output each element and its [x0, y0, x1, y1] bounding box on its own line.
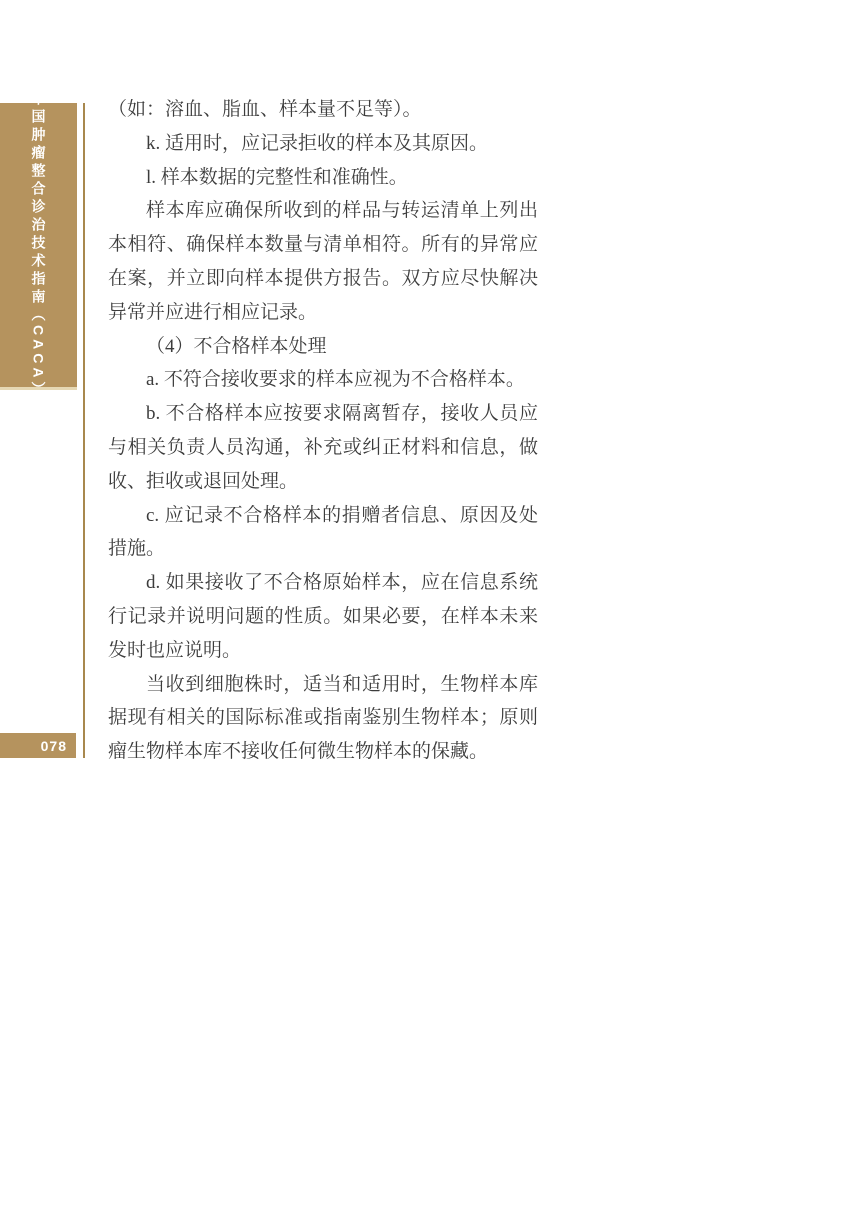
text-line: 收、拒收或退回处理。: [108, 465, 538, 499]
text-line: （如：溶血、脂血、样本量不足等）。: [108, 93, 538, 127]
text-line: 异常并应进行相应记录。: [108, 296, 538, 330]
text-line: a. 不符合接收要求的样本应视为不合格样本。: [108, 363, 538, 397]
book-title-tab: 中国肿瘤整合诊治技术指南（CACA）: [0, 103, 77, 390]
text-line: 行记录并说明问题的性质。如果必要，在样本未来的分: [108, 600, 538, 634]
text-line: 发时也应说明。: [108, 634, 538, 668]
text-line: 瘤生物样本库不接收任何微生物样本的保藏。: [108, 735, 538, 769]
text-line: l. 样本数据的完整性和准确性。: [108, 161, 538, 195]
text-line: 在案，并立即向样本提供方报告。双方应尽快解决这些: [108, 262, 538, 296]
text-line: 据现有相关的国际标准或指南鉴别生物样本；原则上肿: [108, 701, 538, 735]
text-line: c. 应记录不合格样本的捐赠者信息、原因及处理: [108, 499, 538, 533]
text-line: 措施。: [108, 532, 538, 566]
text-line: b. 不合格样本应按要求隔离暂存，接收人员应及时: [108, 397, 538, 431]
book-title-vertical-text: 中国肿瘤整合诊治技术指南（CACA）: [32, 91, 46, 399]
text-line: d. 如果接收了不合格原始样本，应在信息系统中进: [108, 566, 538, 600]
text-line: 当收到细胞株时，适当和适用时，生物样本库应依: [108, 668, 538, 702]
text-line: （4）不合格样本处理: [108, 330, 538, 364]
text-line: k. 适用时，应记录拒收的样本及其原因。: [108, 127, 538, 161]
text-line: 本相符、确保样本数量与清单相符。所有的异常应记录: [108, 228, 538, 262]
text-line: 与相关负责人员沟通，补充或纠正材料和信息，做出接: [108, 431, 538, 465]
page-number: 078: [41, 738, 67, 754]
body-text-block: （如：溶血、脂血、样本量不足等）。k. 适用时，应记录拒收的样本及其原因。l. …: [108, 93, 538, 769]
text-line: 样本库应确保所收到的样品与转运清单上列出的样: [108, 194, 538, 228]
vertical-divider-rule: [83, 103, 85, 758]
document-page: 中国肿瘤整合诊治技术指南（CACA） 078 （如：溶血、脂血、样本量不足等）。…: [0, 0, 867, 1218]
page-number-badge: 078: [0, 733, 76, 758]
